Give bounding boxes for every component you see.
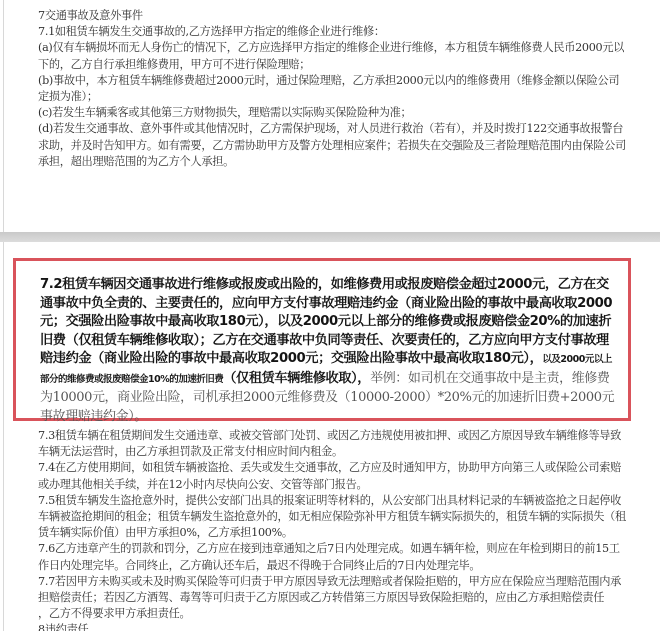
section-violations-and-theft: 7.3租赁车辆在租赁期间发生交通违章、或被交管部门处罚、或因乙方违规使用被扣押、…	[38, 428, 630, 631]
clause-7-2: 7.2租赁车辆因交通事故进行维修或报废或出险的，如维修费用或报废赔偿金超过200…	[40, 276, 616, 426]
clause-7-1-a: (a)仅有车辆损坏而无人身伤亡的情况下，乙方应选择甲方指定的维修企业进行维修，本…	[38, 40, 630, 72]
section-8-heading: 8违约责任	[38, 622, 630, 631]
clause-7-1-c: (c)若发生车辆乘客或其他第三方财物损失，理赔需以实际购买保险险种为准；	[38, 105, 630, 121]
highlighted-clause-7-2-box: 7.2租赁车辆因交通事故进行维修或报废或出险的，如维修费用或报废赔偿金超过200…	[13, 258, 631, 421]
page-left-edge	[3, 0, 4, 631]
section-heading: 7交通事故及意外事件	[38, 8, 630, 24]
clause-7-3: 7.3租赁车辆在租赁期间发生交通违章、或被交管部门处罚、或因乙方违规使用被扣押、…	[38, 428, 630, 460]
clause-7-1-d: (d)若发生交通事故、意外事件或其他情况时，乙方需保护现场，对人员进行救治（若有…	[38, 121, 630, 170]
clause-7-7-continued: ，乙方不得要求甲方承担责任。	[38, 606, 630, 622]
section-traffic-accidents: 7交通事故及意外事件 7.1如租赁车辆发生交通事故的,乙方选择甲方指定的维修企业…	[38, 8, 630, 170]
clause-7-2-main: 7.2租赁车辆因交通事故进行维修或报废或出险的，如维修费用或报废赔偿金超过200…	[40, 277, 612, 366]
clause-7-1: 7.1如租赁车辆发生交通事故的,乙方选择甲方指定的维修企业进行维修：	[38, 24, 630, 40]
page-divider	[0, 232, 660, 242]
clause-7-4: 7.4在乙方使用期间，如租赁车辆被盗抢、丢失或发生交通事故，乙方应及时通知甲方，…	[38, 460, 630, 492]
clause-7-1-b: (b)事故中，本方租赁车辆维修费超过2000元时，通过保险理赔，乙方承担2000…	[38, 73, 630, 105]
clause-7-2-note: （仅租赁车辆维修收取），	[223, 371, 370, 386]
clause-7-5: 7.5租赁车辆发生盗抢意外时，提供公安部门出具的报案证明等材料的，从公安部门出具…	[38, 493, 630, 542]
clause-7-6: 7.6乙方违章产生的罚款和罚分，乙方应在接到违章通知之后7日内处理完成。如遇车辆…	[38, 541, 630, 573]
clause-7-7: 7.7若因甲方未购买或未及时购买保险等可归责于甲方原因导致无法理赔或者保险拒赔的…	[38, 574, 630, 606]
